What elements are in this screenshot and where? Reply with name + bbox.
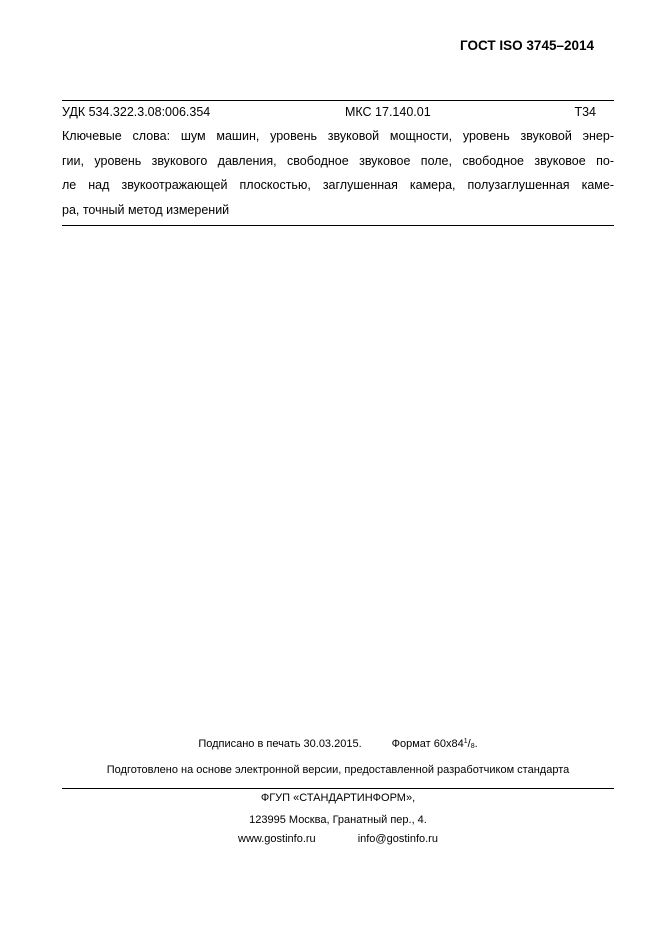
prepared-note: Подготовлено на основе электронной верси… xyxy=(62,764,614,776)
email-link[interactable]: info@gostinfo.ru xyxy=(358,833,438,845)
keywords-block: Ключевые слова: шум машин, уровень звуко… xyxy=(62,124,614,222)
mks-code: МКС 17.140.01 xyxy=(345,105,431,119)
udk-code: УДК 534.322.3.08:006.354 xyxy=(62,105,210,119)
keywords-divider xyxy=(62,225,614,226)
publisher-contacts: www.gostinfo.ruinfo@gostinfo.ru xyxy=(62,833,614,845)
keywords-line: гии, уровень звукового давления, свободн… xyxy=(62,149,614,174)
format-suffix: . xyxy=(475,738,478,750)
group-code: Т34 xyxy=(574,105,596,119)
keywords-line: Ключевые слова: шум машин, уровень звуко… xyxy=(62,124,614,149)
imprint-divider xyxy=(62,788,614,789)
format-prefix: Формат 60x84 xyxy=(392,738,464,750)
publisher-address: 123995 Москва, Гранатный пер., 4. xyxy=(62,814,614,826)
print-info: Подписано в печать 30.03.2015.Формат 60x… xyxy=(62,738,614,750)
top-divider xyxy=(62,100,614,101)
publisher-name: ФГУП «СТАНДАРТИНФОРМ», xyxy=(62,792,614,804)
keywords-line: ле над звукоотражающей плоскостью, заглу… xyxy=(62,173,614,198)
signed-date: Подписано в печать 30.03.2015. xyxy=(198,738,361,750)
standard-code: ГОСТ ISO 3745–2014 xyxy=(460,38,594,53)
website-link[interactable]: www.gostinfo.ru xyxy=(238,833,316,845)
classification-row: УДК 534.322.3.08:006.354 МКС 17.140.01 Т… xyxy=(62,105,614,121)
format-numerator: 1 xyxy=(464,738,468,745)
format-label: Формат 60x841/8. xyxy=(392,738,478,750)
keywords-line: ра, точный метод измерений xyxy=(62,198,614,223)
